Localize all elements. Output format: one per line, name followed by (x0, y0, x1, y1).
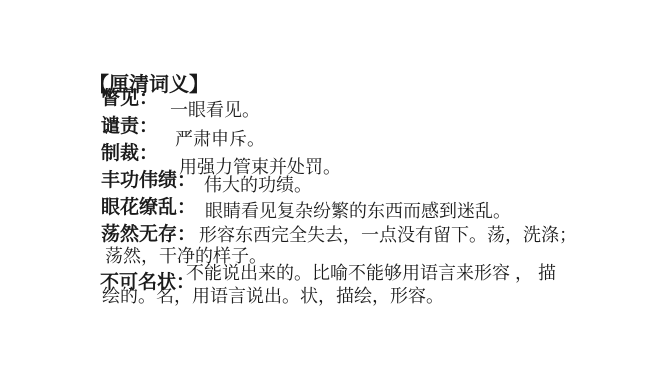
definition-dangranwucun-line1: 形容东西完全失去，一点没有留下。荡，洗涤； (199, 226, 577, 244)
slide-canvas: 【厘清词义】 瞥见： 谴责： 制裁： 丰功伟绩： 眼花缭乱： 荡然无存： 不可名… (0, 0, 668, 376)
term-piejian: 瞥见： (101, 89, 158, 108)
term-zhicai: 制裁： (101, 144, 158, 163)
definition-piejian: 一眼看见。 (170, 101, 260, 119)
term-yanhualiaoluan: 眼花缭乱： (101, 198, 196, 217)
definition-bukemingzhuang-line2: 绘的。名，用语言说出。状，描绘，形容。 (102, 287, 444, 305)
definition-fenggongweiji: 伟大的功绩。 (204, 176, 312, 194)
definition-bukemingzhuang-line1: 不能说出来的。比喻不能够用语言来形容 ， 描 (186, 264, 556, 282)
term-dangranwucun: 荡然无存： (101, 225, 196, 244)
term-qianze: 谴责： (101, 117, 158, 136)
definition-yanhualiaoluan: 眼睛看见复杂纷繁的东西而感到迷乱。 (205, 202, 511, 220)
definition-qianze: 严肃申斥。 (175, 130, 265, 148)
definition-zhicai: 用强力管束并处罚。 (179, 158, 341, 176)
